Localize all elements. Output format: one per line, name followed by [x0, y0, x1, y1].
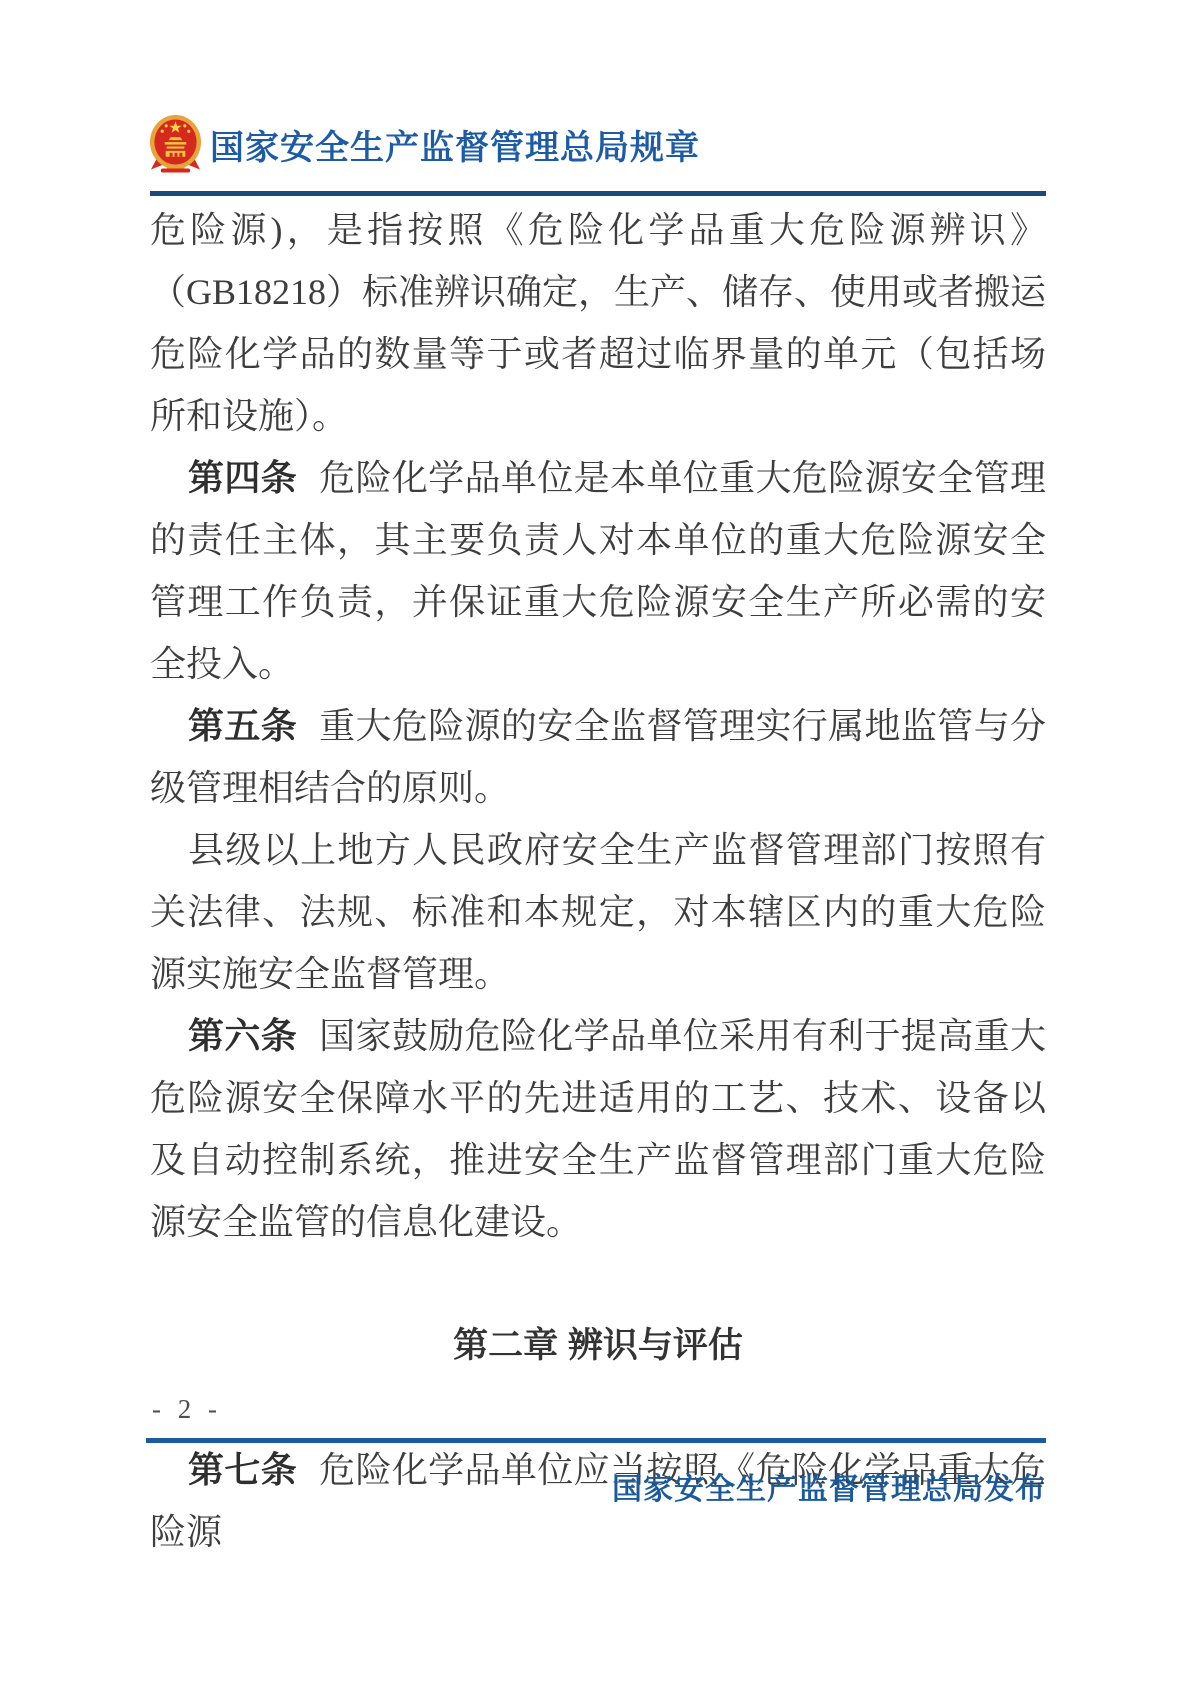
document-page: 国家安全生产监督管理总局规章 危险源)，是指按照《危险化学品重大危险源辨识》（G…: [0, 0, 1190, 1683]
header-divider-rule: [150, 191, 1046, 196]
document-header: 国家安全生产监督管理总局规章: [148, 110, 1046, 178]
article-paragraph: 第六条国家鼓励危险化学品单位采用有利于提高重大危险源安全保障水平的先进适用的工艺…: [150, 1005, 1046, 1253]
article-number-label: 第五条: [188, 705, 297, 746]
article-number-label: 第四条: [188, 457, 297, 498]
article-paragraph: 第五条重大危险源的安全监督管理实行属地监管与分级管理相结合的原则。: [150, 695, 1046, 819]
chapter-heading: 第二章 辨识与评估: [150, 1315, 1046, 1377]
article-number-label: 第六条: [188, 1015, 297, 1056]
body-paragraph: 县级以上地方人民政府安全生产监督管理部门按照有关法律、法规、标准和本规定，对本辖…: [150, 819, 1046, 1005]
agency-banner-title: 国家安全生产监督管理总局规章: [210, 120, 700, 169]
body-paragraph: 危险源)，是指按照《危险化学品重大危险源辨识》（GB18218）标准辨识确定，生…: [150, 199, 1046, 447]
article-paragraph: 第四条危险化学品单位是本单位重大危险源安全管理的责任主体，其主要负责人对本单位的…: [150, 447, 1046, 695]
document-body: 危险源)，是指按照《危险化学品重大危险源辨识》（GB18218）标准辨识确定，生…: [150, 199, 1046, 1563]
page-number: - 2 -: [152, 1394, 222, 1425]
china-national-emblem-icon: [148, 113, 203, 175]
footer-publisher: 国家安全生产监督管理总局发布: [150, 1464, 1046, 1508]
footer-divider-rule: [146, 1438, 1046, 1443]
